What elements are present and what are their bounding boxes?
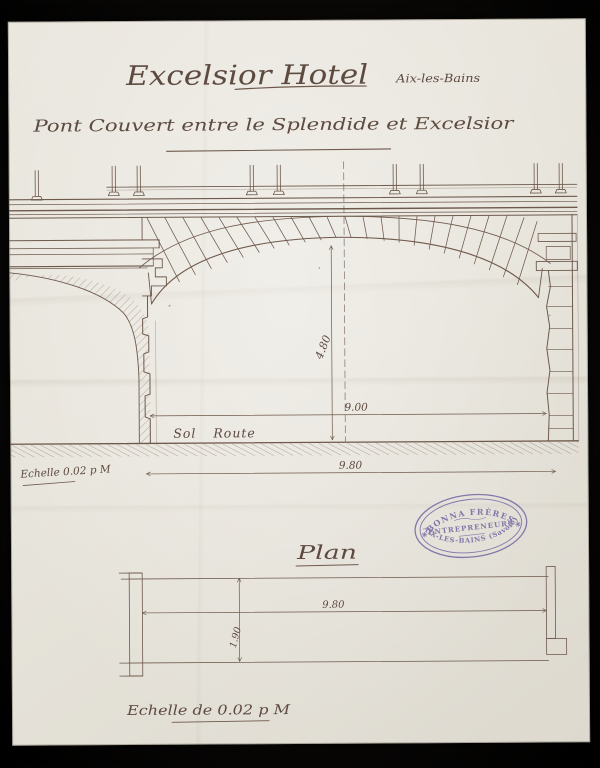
bridge-cornice [9, 196, 577, 218]
dim-height: 4.80 [312, 246, 335, 440]
subtitle-underline [167, 149, 391, 151]
voussoir-joints [147, 216, 537, 287]
plan-bottom-edge [120, 660, 549, 663]
plan-right-wall [546, 566, 567, 654]
drawing-canvas: Excelsior Hotel Aix-les-Bains Pont Couve… [8, 18, 590, 746]
title-block: Excelsior Hotel Aix-les-Bains Pont Couve… [32, 59, 515, 152]
left-pier-impost [142, 259, 166, 296]
contractor-stamp: BONNA FRÈRES ENTREPRENEURS ✳ ✳ AIX-LES-B… [412, 489, 530, 563]
drawing-title: Excelsior Hotel [125, 60, 368, 92]
arch-centerline [344, 162, 346, 442]
plan-title-underline [296, 565, 358, 566]
arch-intrados [151, 236, 538, 304]
dim-height-value: 4.80 [312, 333, 333, 361]
arch-springers [148, 269, 542, 304]
embankment-slope [9, 272, 151, 444]
scale-note-elevation-text: Echelle 0.02 p M [19, 463, 111, 480]
dim-overall-span: 9.80 [146, 458, 555, 473]
elevation-drawing: 4.80 9.00 9.80 Sol Route Echelle 0.02 p … [9, 160, 579, 486]
plan-dim-width-value: 1.90 [228, 626, 244, 649]
dim-clear-span: 9.00 [150, 400, 546, 415]
right-pier-face [546, 270, 551, 440]
scanned-drawing: Excelsior Hotel Aix-les-Bains Pont Couve… [0, 0, 600, 768]
dim-overall-span-value: 9.80 [339, 460, 363, 472]
plan-left-wall [119, 573, 143, 676]
paper-specks [168, 266, 550, 319]
embankment-hatch [9, 272, 151, 444]
masonry-arch [139, 215, 551, 304]
drawing-subtitle: Pont Couvert entre le Splendide et Excel… [32, 114, 515, 136]
plan-dim-span: 9.80 [142, 598, 546, 612]
dim-clear-span-value: 9.00 [344, 402, 368, 414]
plan-dim-span-value: 9.80 [322, 600, 345, 611]
plan-dim-width: 1.90 [227, 578, 244, 661]
ground-line [10, 441, 578, 457]
scale-note-plan-text: Echelle de 0.02 p M [126, 702, 292, 719]
drawing-title-location: Aix-les-Bains [395, 71, 480, 86]
ground-label: Sol Route [173, 425, 256, 441]
scale-note-plan: Echelle de 0.02 p M [126, 702, 292, 723]
arch-extrados [139, 215, 550, 268]
drawing-sheet: Excelsior Hotel Aix-les-Bains Pont Couve… [8, 18, 590, 746]
right-abutment [536, 214, 579, 440]
right-pier-joints [546, 286, 573, 428]
plan-top-edge [121, 576, 548, 579]
scale-note-elevation: Echelle 0.02 p M [19, 463, 111, 485]
bridge-railing [31, 163, 577, 200]
plan-title: Plan [296, 542, 358, 564]
plan-drawing: Plan 9.80 [119, 540, 567, 722]
